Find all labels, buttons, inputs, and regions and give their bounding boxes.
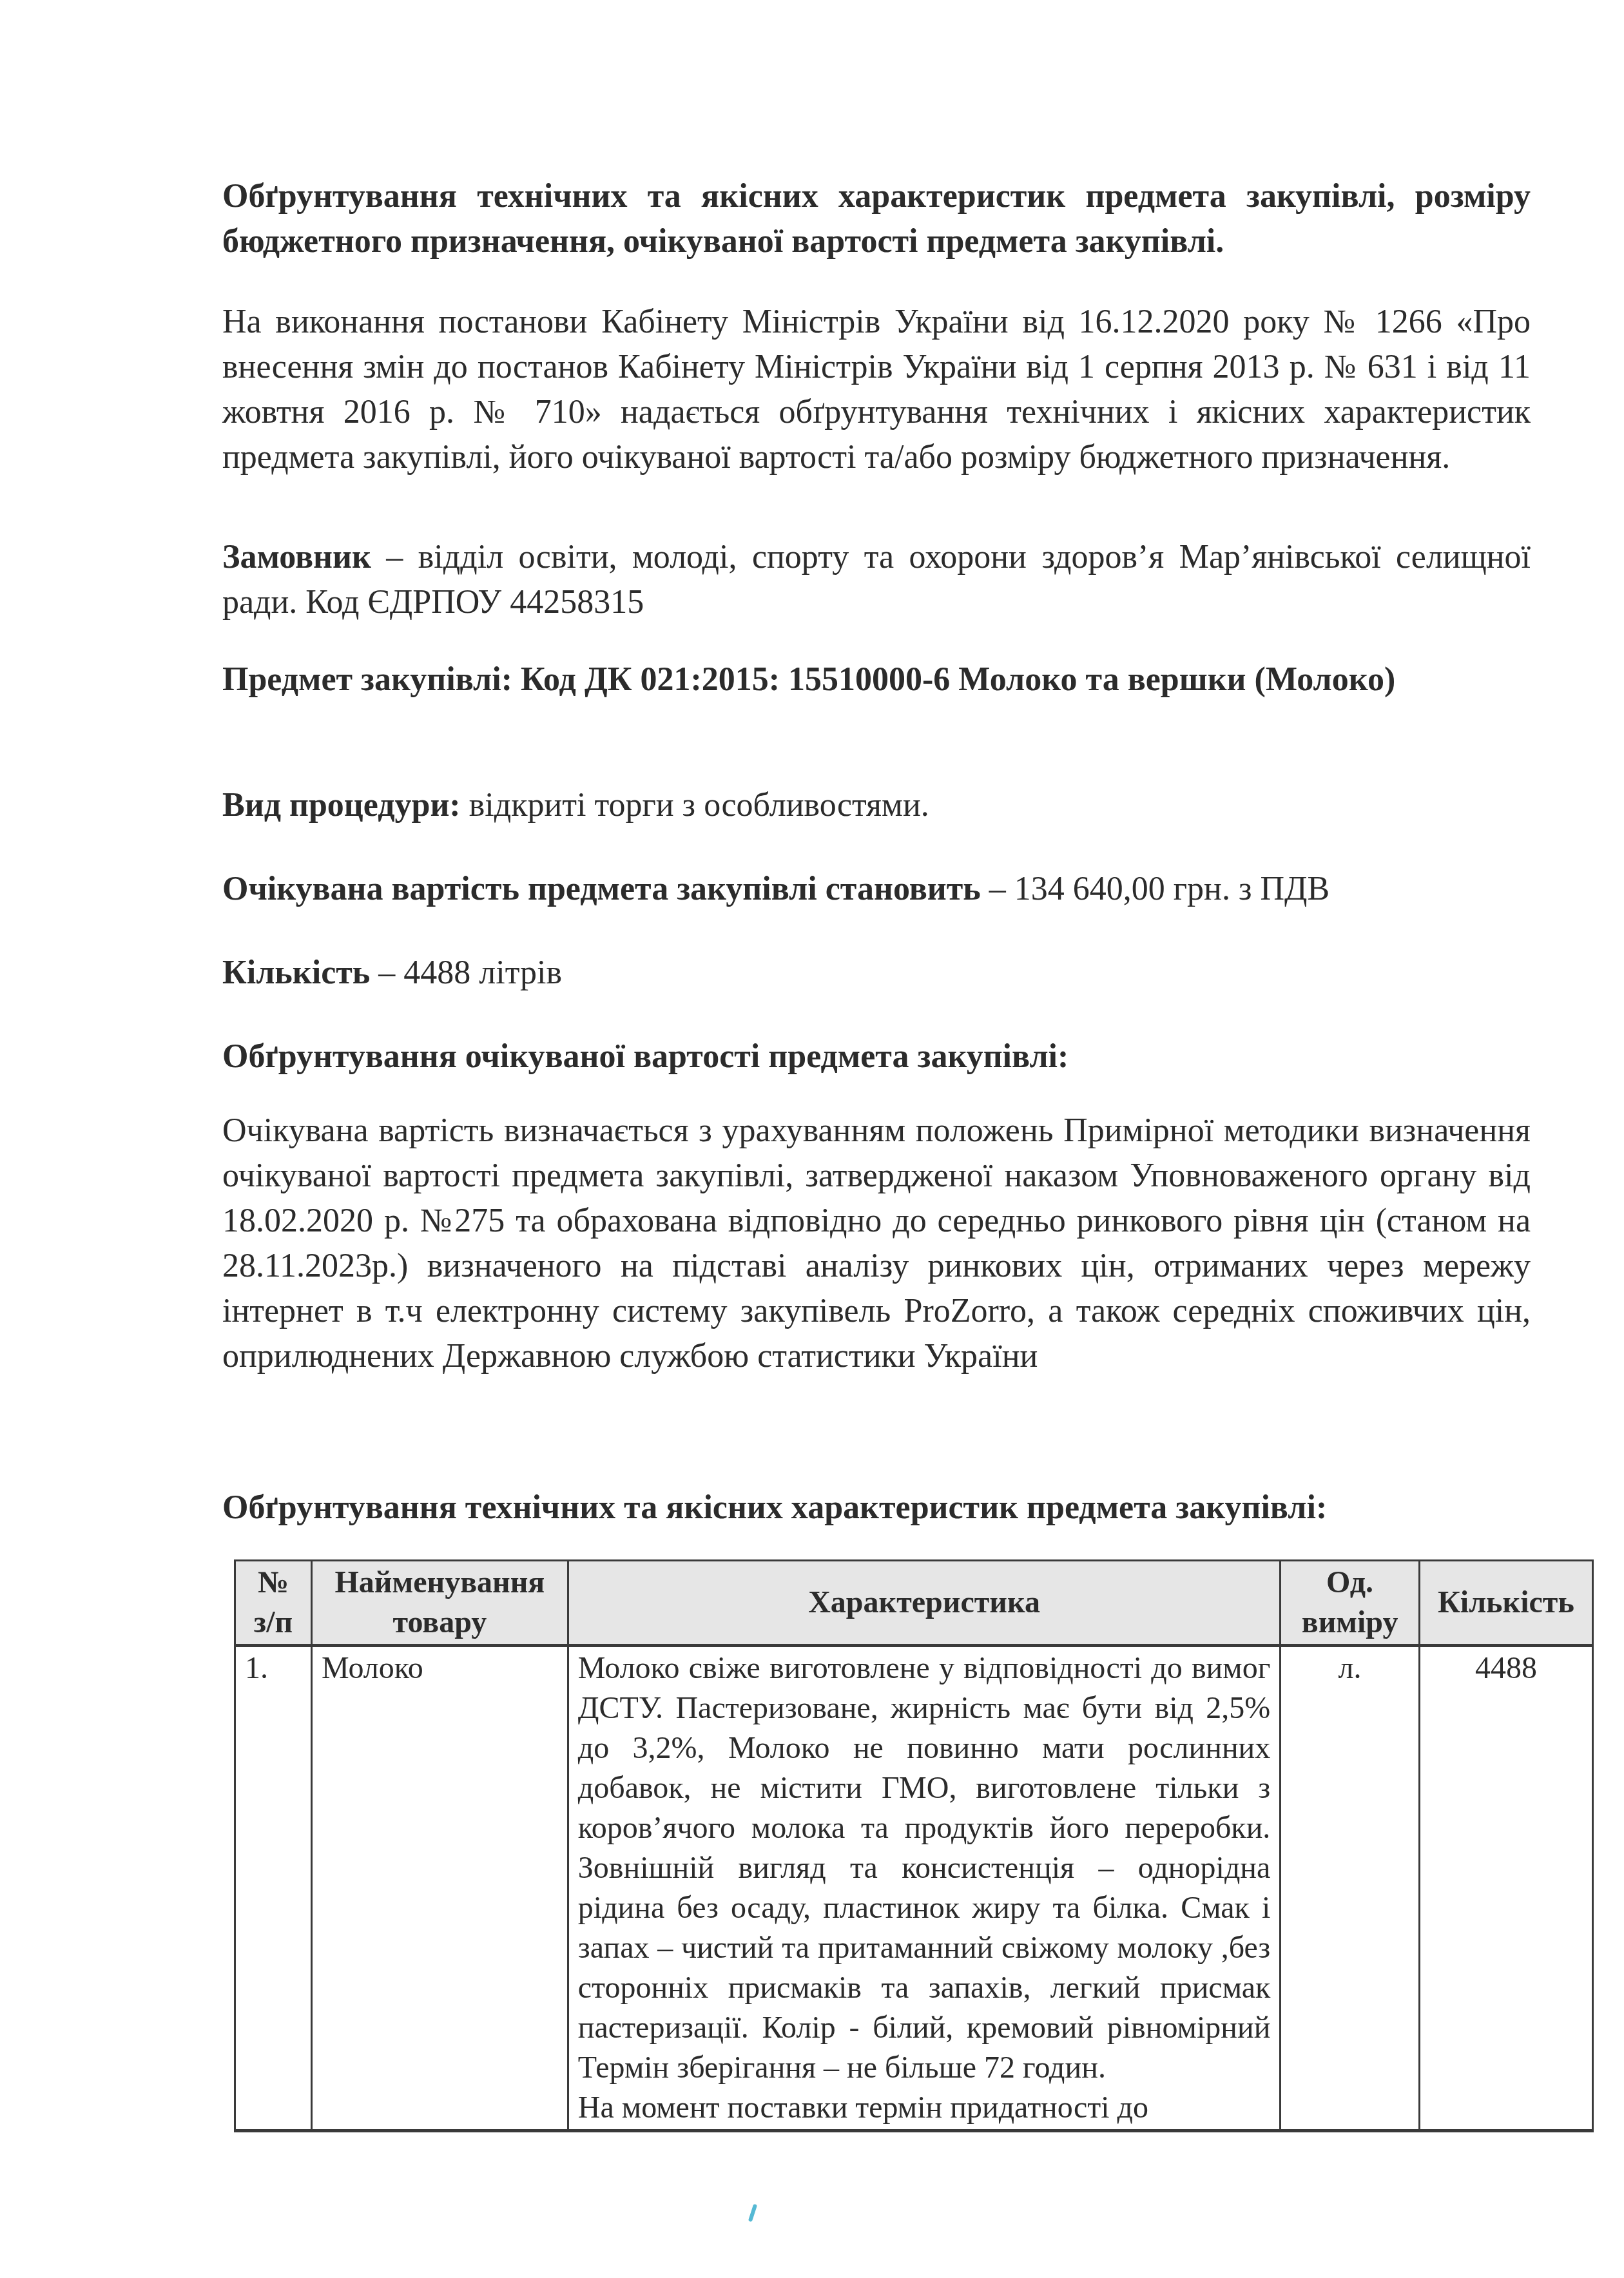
customer-text: – відділ освіти, молоді, спорту та охоро… [222, 539, 1531, 621]
quantity-label: Кількість [222, 954, 370, 991]
scan-artifact-mark [748, 2204, 757, 2222]
header-name: Найменування товару [312, 1561, 568, 1646]
cell-unit: л. [1281, 1646, 1420, 2131]
expected-value: Очікувана вартість предмета закупівлі ст… [222, 867, 1531, 912]
expected-value-text: – 134 640,00 грн. з ПДВ [981, 871, 1329, 907]
tech-heading: Обґрунтування технічних та якісних харак… [222, 1485, 1531, 1530]
header-qty: Кількість [1419, 1561, 1592, 1646]
table-header-row: № з/п Найменування товару Характеристика… [235, 1561, 1593, 1646]
intro-paragraph: На виконання постанови Кабінету Міністрі… [222, 300, 1531, 480]
justification-heading: Обґрунтування очікуваної вартості предме… [222, 1034, 1531, 1079]
procedure-type: Вид процедури: відкриті торги з особливо… [222, 783, 1531, 828]
procedure-text: відкриті торги з особливостями. [461, 787, 929, 824]
procedure-label: Вид процедури: [222, 787, 461, 824]
cell-num: 1. [235, 1646, 312, 2131]
cell-qty: 4488 [1419, 1646, 1592, 2131]
header-characteristic: Характеристика [568, 1561, 1281, 1646]
expected-value-label: Очікувана вартість предмета закупівлі ст… [222, 871, 981, 907]
customer-paragraph: Замовник – відділ освіти, молоді, спорту… [222, 535, 1531, 625]
quantity: Кількість – 4488 літрів [222, 951, 1531, 996]
justification-paragraph: Очікувана вартість визначається з урахув… [222, 1108, 1531, 1379]
cell-characteristic: Молоко свіже виготовлене у відповідності… [568, 1646, 1281, 2131]
characteristic-text-1: Молоко свіже виготовлене у відповідності… [578, 1648, 1271, 2088]
customer-label: Замовник [222, 539, 371, 575]
table-row: 1. Молоко Молоко свіже виготовлене у від… [235, 1646, 1593, 2131]
procurement-subject: Предмет закупівлі: Код ДК 021:2015: 1551… [222, 657, 1531, 702]
quantity-text: – 4488 літрів [370, 954, 562, 991]
header-num: № з/п [235, 1561, 312, 1646]
header-unit: Од. виміру [1281, 1561, 1420, 1646]
specification-table: № з/п Найменування товару Характеристика… [234, 1559, 1594, 2132]
cell-name: Молоко [312, 1646, 568, 2131]
document-title: Обґрунтування технічних та якісних харак… [222, 174, 1531, 264]
characteristic-text-2: На момент поставки термін придатності до [578, 2088, 1271, 2128]
